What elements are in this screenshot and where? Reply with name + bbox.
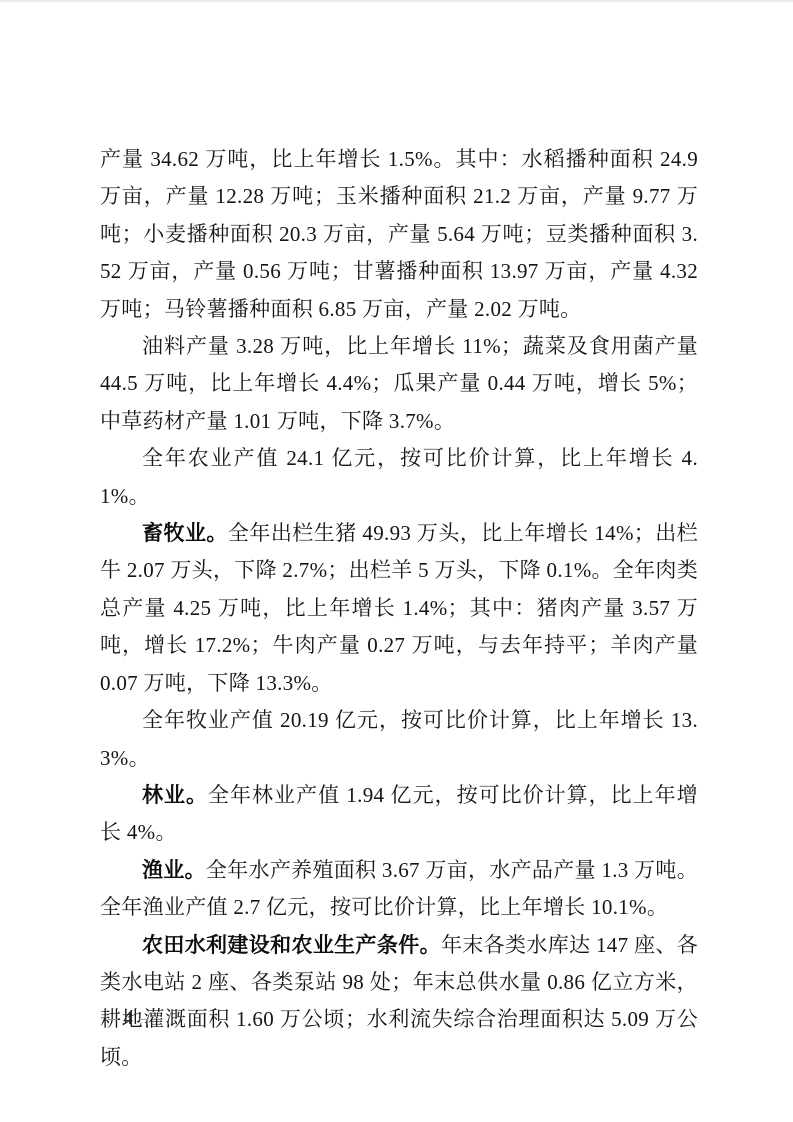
page-number: –4–	[96, 1008, 162, 1030]
section-lead-irrigation: 农田水利建设和农业生产条件。	[142, 934, 441, 957]
paragraph-animal-husbandry: 畜牧业。全年出栏生猪 49.93 万头，比上年增长 14%；出栏牛 2.07 万…	[100, 515, 698, 702]
page-number-dash-left: –	[108, 1008, 120, 1029]
paragraph-husbandry-output-value: 全年牧业产值 20.19 亿元，按可比价计算，比上年增长 13.3%。	[100, 702, 698, 777]
paragraph-irrigation-conditions: 农田水利建设和农业生产条件。年末各类水库达 147 座、各类水电站 2 座、各类…	[100, 927, 698, 1077]
page-top-edge	[0, 0, 793, 2]
paragraph-text: 全年牧业产值 20.19 亿元，按可比价计算，比上年增长 13.3%。	[100, 708, 698, 769]
paragraph-agriculture-output-value: 全年农业产值 24.1 亿元，按可比价计算，比上年增长 4.1%。	[100, 440, 698, 515]
paragraph-fishery: 渔业。全年水产养殖面积 3.67 万亩，水产品产量 1.3 万吨。全年渔业产值 …	[100, 852, 698, 927]
paragraph-text: 全年出栏生猪 49.93 万头，比上年增长 14%；出栏牛 2.07 万头，下降…	[100, 521, 698, 695]
paragraph-text: 产量 34.62 万吨，比上年增长 1.5%。其中：水稻播种面积 24.9 万亩…	[100, 147, 698, 321]
paragraph-oil-vegetable-output: 油料产量 3.28 万吨，比上年增长 11%；蔬菜及食用菌产量 44.5 万吨，…	[100, 328, 698, 440]
document-page: 产量 34.62 万吨，比上年增长 1.5%。其中：水稻播种面积 24.9 万亩…	[0, 0, 793, 1122]
document-body: 产量 34.62 万吨，比上年增长 1.5%。其中：水稻播种面积 24.9 万亩…	[100, 141, 698, 1076]
page-number-dash-right: –	[139, 1008, 151, 1029]
paragraph-forestry: 林业。全年林业产值 1.94 亿元，按可比价计算，比上年增长 4%。	[100, 777, 698, 852]
section-lead-forestry: 林业。	[142, 784, 208, 807]
paragraph-grain-crops: 产量 34.62 万吨，比上年增长 1.5%。其中：水稻播种面积 24.9 万亩…	[100, 141, 698, 328]
section-lead-fishery: 渔业。	[142, 859, 206, 882]
paragraph-text: 油料产量 3.28 万吨，比上年增长 11%；蔬菜及食用菌产量 44.5 万吨，…	[100, 334, 698, 433]
section-lead-animal-husbandry: 畜牧业。	[142, 522, 228, 545]
paragraph-text: 全年农业产值 24.1 亿元，按可比价计算，比上年增长 4.1%。	[100, 446, 698, 507]
page-number-value: 4	[119, 1008, 139, 1029]
